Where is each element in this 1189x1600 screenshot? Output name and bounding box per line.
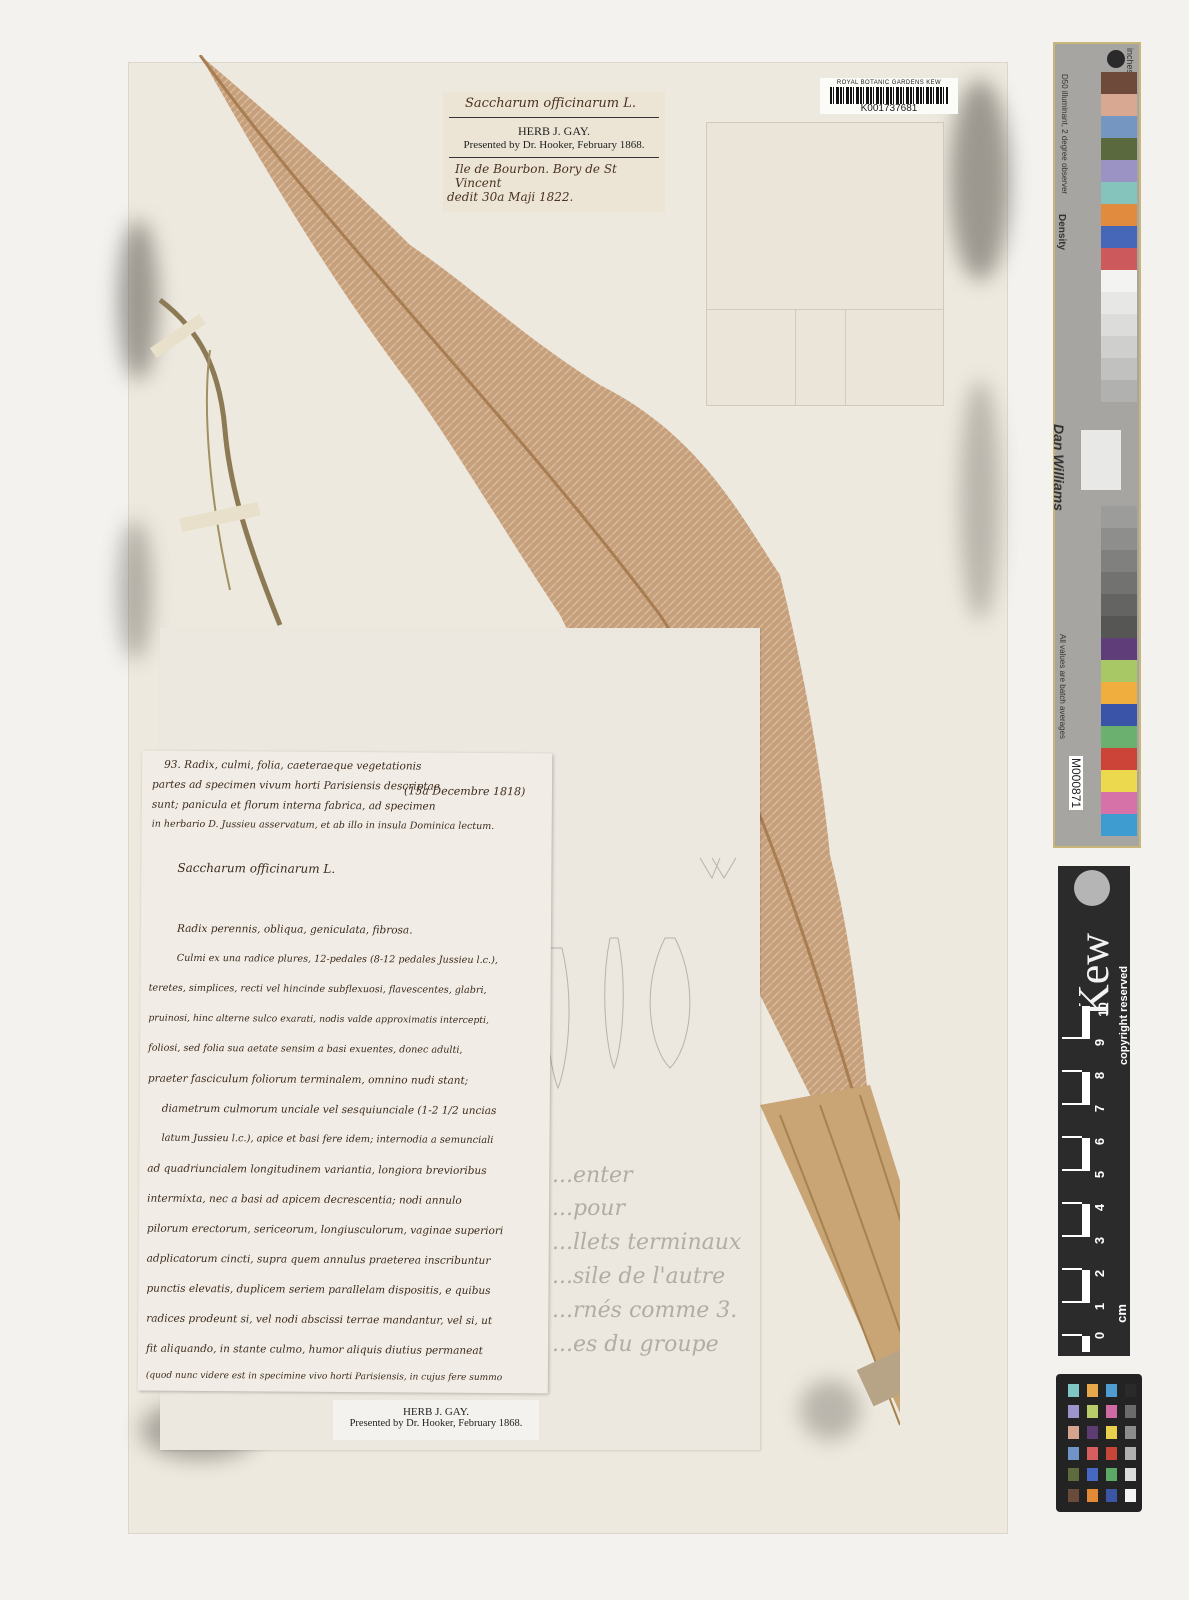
scale-illuminant-text: D50 illuminant, 2 degree observer — [1060, 74, 1069, 194]
color-density-scale: D50 illuminant, 2 degree observer Densit… — [1053, 42, 1141, 848]
color-patch — [1106, 1447, 1117, 1460]
note-line: sunt; panicula et florum interna fabrica… — [152, 799, 436, 813]
color-patch — [1125, 1447, 1136, 1460]
cm-tick: 6 — [1092, 1138, 1107, 1145]
herbarium-label-bottom: HERB J. GAY. Presented by Dr. Hooker, Fe… — [333, 1400, 539, 1440]
note-line: teretes, simplices, recti vel hincinde s… — [149, 983, 487, 996]
locality-line-2: dedit 30a Maji 1822. — [443, 190, 665, 204]
color-patch — [1106, 1405, 1117, 1418]
note-line: punctis elevatis, duplicem seriem parall… — [146, 1283, 490, 1297]
color-patch — [1125, 1468, 1136, 1481]
color-patch — [1087, 1447, 1098, 1460]
registration-dot — [1107, 50, 1125, 68]
color-patch — [1068, 1489, 1079, 1502]
institution-name: ROYAL BOTANIC GARDENS KEW — [820, 80, 958, 86]
color-swatch — [1101, 726, 1137, 748]
cm-tick: 8 — [1092, 1072, 1107, 1079]
color-patch — [1125, 1426, 1136, 1439]
color-swatch — [1101, 528, 1137, 550]
pencil-drawings — [540, 848, 740, 1108]
color-patch — [1068, 1447, 1079, 1460]
color-swatch — [1101, 204, 1137, 226]
presented-by: Presented by Dr. Hooker, February 1868. — [443, 139, 665, 151]
barcode-number: K001737681 — [820, 104, 958, 114]
target-patch — [1081, 430, 1121, 490]
color-patch — [1106, 1426, 1117, 1439]
color-swatch — [1101, 292, 1137, 314]
herbarium-name: HERB J. GAY. — [333, 1406, 539, 1418]
color-checker — [1056, 1374, 1142, 1512]
kew-logo: Kew — [1068, 933, 1119, 1016]
color-patch — [1106, 1489, 1117, 1502]
scale-brand: Dan Williams — [1051, 424, 1067, 511]
pencil-note-line: ...pour — [552, 1196, 625, 1221]
cm-tick: 0 — [1092, 1332, 1107, 1339]
color-swatch — [1101, 660, 1137, 682]
color-swatch — [1101, 682, 1137, 704]
color-patch — [1087, 1489, 1098, 1502]
note-line: latum Jussieu l.c.), apice et basi fere … — [161, 1133, 493, 1146]
pencil-note-line: ...llets terminaux — [552, 1230, 741, 1255]
color-swatch — [1101, 704, 1137, 726]
color-swatch — [1101, 616, 1137, 638]
pencil-note-line: ...rnés comme 3. — [552, 1298, 737, 1323]
taxon-name: Saccharum officinarum L. — [443, 92, 665, 111]
color-swatch — [1101, 814, 1137, 836]
cm-tick: 9 — [1092, 1039, 1107, 1046]
color-patch — [1068, 1468, 1079, 1481]
cm-tick: 10 — [1096, 1002, 1111, 1016]
note-line: Culmi ex una radice plures, 12-pedales (… — [177, 953, 498, 966]
note-line: pruinosi, hinc alterne sulco exarati, no… — [148, 1013, 489, 1026]
color-swatch — [1101, 594, 1137, 616]
color-patch — [1125, 1405, 1136, 1418]
note-line: (quod nunc videre est in specimine vivo … — [146, 1371, 502, 1383]
density-label: Density — [1056, 214, 1067, 250]
color-patch — [1087, 1426, 1098, 1439]
color-swatch — [1101, 550, 1137, 572]
crest-icon — [1074, 870, 1110, 906]
note-line: 93. Radix, culmi, folia, caeteraeque veg… — [164, 759, 421, 773]
note-line: intermixta, nec a basi ad apicem decresc… — [147, 1193, 462, 1207]
color-swatch — [1101, 638, 1137, 660]
color-swatch — [1101, 358, 1137, 380]
cm-tick: 3 — [1092, 1237, 1107, 1244]
cm-unit: cm — [1114, 1304, 1129, 1323]
cm-tick: 7 — [1092, 1105, 1107, 1112]
color-swatch — [1101, 248, 1137, 270]
color-swatch — [1101, 182, 1137, 204]
pencil-note-line: ...sile de l'autre — [552, 1264, 725, 1289]
color-patch — [1106, 1468, 1117, 1481]
color-swatch — [1101, 506, 1137, 528]
color-swatch — [1101, 314, 1137, 336]
pencil-note-line: ...es du groupe — [552, 1332, 719, 1357]
inches-label: inches — [1125, 48, 1135, 74]
note-line: in herbario D. Jussieu asservatum, et ab… — [152, 819, 495, 832]
barcode — [830, 87, 948, 104]
cm-tick: 2 — [1092, 1270, 1107, 1277]
note-line: Radix perennis, obliqua, geniculata, fib… — [177, 923, 413, 937]
color-patch — [1068, 1384, 1079, 1397]
herbarium-name: HERB J. GAY. — [443, 124, 665, 139]
color-swatch — [1101, 94, 1137, 116]
presented-by: Presented by Dr. Hooker, February 1868. — [333, 1418, 539, 1429]
scale-note: All values are batch averages — [1058, 634, 1067, 739]
color-swatch — [1101, 572, 1137, 594]
color-swatch — [1101, 770, 1137, 792]
manuscript-description: 93. Radix, culmi, folia, caeteraeque veg… — [138, 751, 552, 1394]
color-swatch — [1101, 336, 1137, 358]
locality-line-1: Ile de Bourbon. Bory de St Vincent — [443, 158, 665, 190]
note-line: diametrum culmorum unciale vel sesquiunc… — [162, 1103, 497, 1117]
color-swatch — [1101, 270, 1137, 292]
note-line: fit aliquando, in stante culmo, humor al… — [146, 1343, 483, 1357]
cm-tick: 1 — [1092, 1303, 1107, 1310]
color-patch — [1087, 1384, 1098, 1397]
color-patch — [1068, 1405, 1079, 1418]
pencil-note-line: ...enter — [552, 1163, 633, 1188]
color-patch — [1106, 1384, 1117, 1397]
color-patch — [1087, 1468, 1098, 1481]
color-swatch — [1101, 380, 1137, 402]
color-swatch — [1101, 116, 1137, 138]
color-swatch — [1101, 138, 1137, 160]
color-swatch — [1101, 160, 1137, 182]
color-patch — [1125, 1489, 1136, 1502]
note-line: radices prodeunt si, vel nodi abscissi t… — [146, 1313, 492, 1327]
color-swatch — [1101, 72, 1137, 94]
color-swatch — [1101, 792, 1137, 814]
color-patch — [1125, 1384, 1136, 1397]
note-line: praeter fasciculum foliorum terminalem, … — [148, 1073, 468, 1087]
determination-label: Saccharum officinarum L. HERB J. GAY. Pr… — [443, 92, 665, 212]
note-line: adplicatorum cincti, supra quem annulus … — [147, 1253, 491, 1267]
copyright-text: copyright reserved — [1118, 966, 1130, 1065]
scale-id: M000871 — [1069, 756, 1083, 810]
cm-tick: 5 — [1092, 1171, 1107, 1178]
note-line: ad quadriuncialem longitudinem variantia… — [147, 1163, 486, 1177]
barcode-label: ROYAL BOTANIC GARDENS KEW K001737681 — [820, 78, 958, 114]
stain — [950, 80, 1010, 280]
note-species: Saccharum officinarum L. — [177, 861, 335, 876]
color-patch — [1068, 1426, 1079, 1439]
color-swatch — [1101, 748, 1137, 770]
note-line: foliosi, sed folia sua aetate sensim a b… — [148, 1043, 462, 1056]
stain — [960, 380, 1000, 620]
note-line: partes ad specimen vivum horti Parisiens… — [152, 779, 440, 793]
color-patch — [1087, 1405, 1098, 1418]
color-swatch — [1101, 226, 1137, 248]
note-line: pilorum erectorum, sericeorum, longiuscu… — [147, 1223, 503, 1237]
kew-cm-scale: Kew copyright reserved 10 9 8 7 6 5 4 3 … — [1058, 866, 1130, 1356]
cm-tick: 4 — [1092, 1204, 1107, 1211]
fragment-packet[interactable] — [706, 122, 944, 406]
